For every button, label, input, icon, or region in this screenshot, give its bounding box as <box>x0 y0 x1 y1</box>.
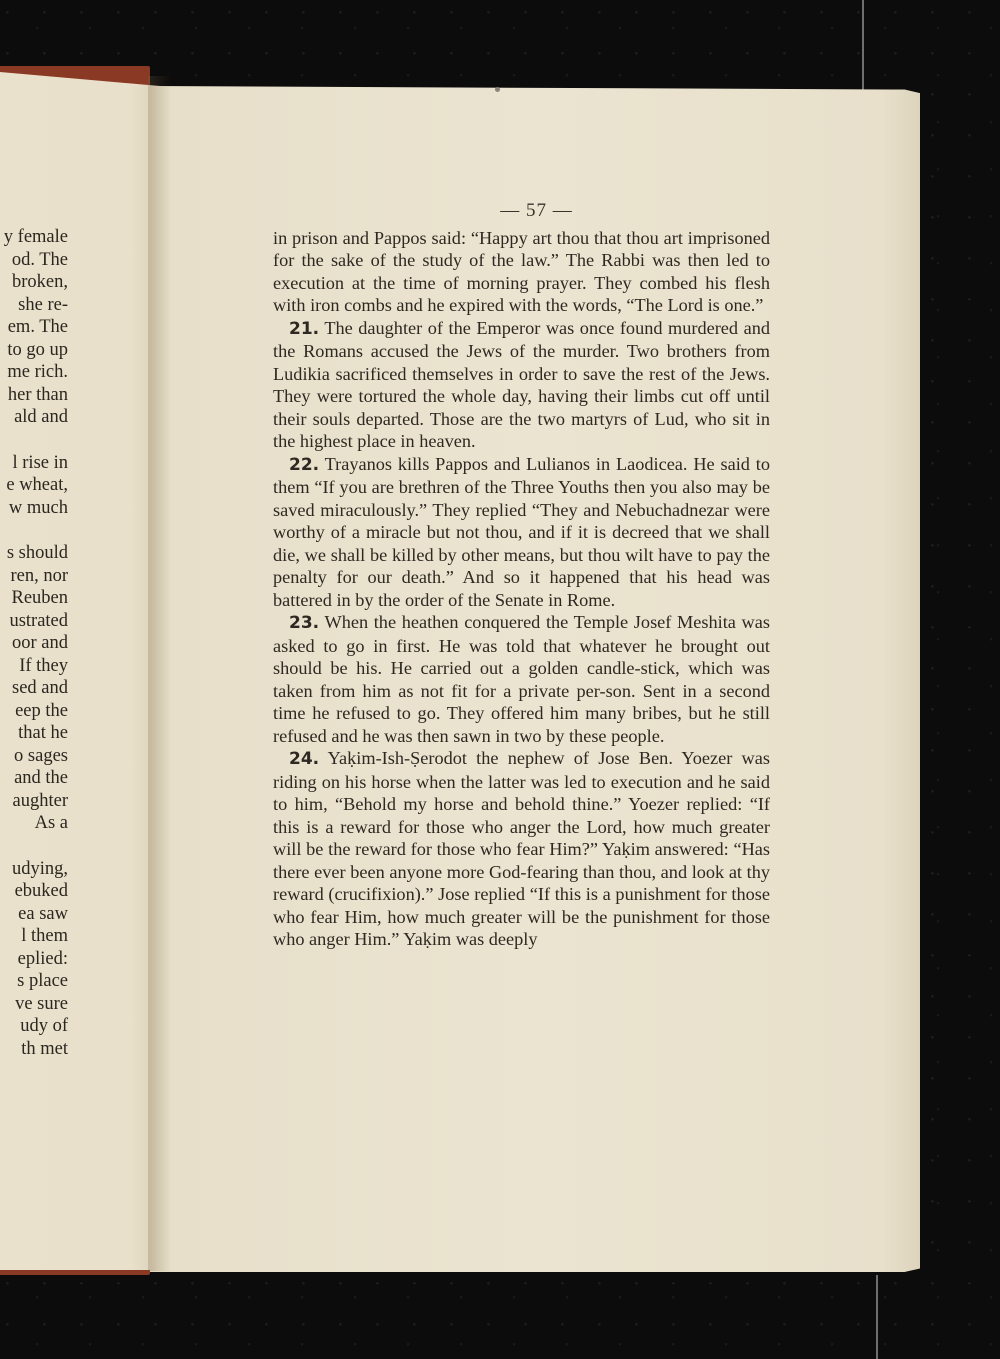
paragraph-21: 21. The daughter of the Emperor was once… <box>273 317 770 453</box>
left-line: th met <box>0 1038 68 1061</box>
left-line: o sages <box>0 745 68 768</box>
rail-line-top <box>862 0 864 92</box>
left-line: that he <box>0 722 68 745</box>
paragraph-number: 21. <box>289 319 319 339</box>
left-line: ebuked <box>0 880 68 903</box>
page-speck <box>495 87 500 92</box>
paragraph-text: Trayanos kills Pappos and Lulianos in La… <box>273 454 770 610</box>
paragraph-number: 22. <box>289 455 319 475</box>
left-line: ald and <box>0 406 68 429</box>
left-line: If they <box>0 655 68 678</box>
left-line: and the <box>0 767 68 790</box>
left-line: od. The <box>0 249 68 272</box>
paragraph-gap <box>0 519 68 542</box>
left-line: her than <box>0 384 68 407</box>
left-page-text-fragment: y female od. The broken, she re- em. The… <box>0 226 68 1060</box>
paragraph-gap <box>0 835 68 858</box>
paragraph-number: 24. <box>289 749 319 769</box>
left-line: she re- <box>0 294 68 317</box>
left-line: y female <box>0 226 68 249</box>
paragraph-text: Yaḳim-Ish-Ṣerodot the nephew of Jose Ben… <box>273 748 770 949</box>
gutter-shadow <box>148 76 170 1271</box>
paragraph-gap <box>0 429 68 452</box>
left-line: ea saw <box>0 903 68 926</box>
left-line: eep the <box>0 700 68 723</box>
left-line: l them <box>0 925 68 948</box>
paragraph-number: 23. <box>289 613 319 633</box>
left-line: w much <box>0 497 68 520</box>
paragraph-22: 22. Trayanos kills Pappos and Lulianos i… <box>273 453 770 612</box>
right-page-text: — 57 — in prison and Pappos said: “Happy… <box>273 200 770 951</box>
paragraph-text: The daughter of the Emperor was once fou… <box>273 318 770 452</box>
left-line: aughter <box>0 790 68 813</box>
left-line: oor and <box>0 632 68 655</box>
left-line: eplied: <box>0 948 68 971</box>
paragraph-23: 23. When the heathen conquered the Templ… <box>273 611 770 747</box>
paragraph-continued: in prison and Pappos said: “Happy art th… <box>273 227 770 317</box>
paragraph-24: 24. Yaḳim-Ish-Ṣerodot the nephew of Jose… <box>273 747 770 951</box>
left-line: em. The <box>0 316 68 339</box>
left-line: me rich. <box>0 361 68 384</box>
page-number: — 57 — <box>273 200 770 223</box>
left-line: l rise in <box>0 452 68 475</box>
left-line: e wheat, <box>0 474 68 497</box>
left-line: s place <box>0 970 68 993</box>
left-line: ren, nor <box>0 565 68 588</box>
paragraph-text: in prison and Pappos said: “Happy art th… <box>273 228 770 316</box>
left-line: s should <box>0 542 68 565</box>
left-line: ve sure <box>0 993 68 1016</box>
left-line: Reuben <box>0 587 68 610</box>
left-line: ustrated <box>0 610 68 633</box>
left-line: udy of <box>0 1015 68 1038</box>
rail-line-bottom <box>876 1275 878 1359</box>
left-line: As a <box>0 812 68 835</box>
paragraph-text: When the heathen conquered the Temple Jo… <box>273 612 770 746</box>
left-line: broken, <box>0 271 68 294</box>
left-line: sed and <box>0 677 68 700</box>
left-line: to go up <box>0 339 68 362</box>
left-line: udying, <box>0 858 68 881</box>
